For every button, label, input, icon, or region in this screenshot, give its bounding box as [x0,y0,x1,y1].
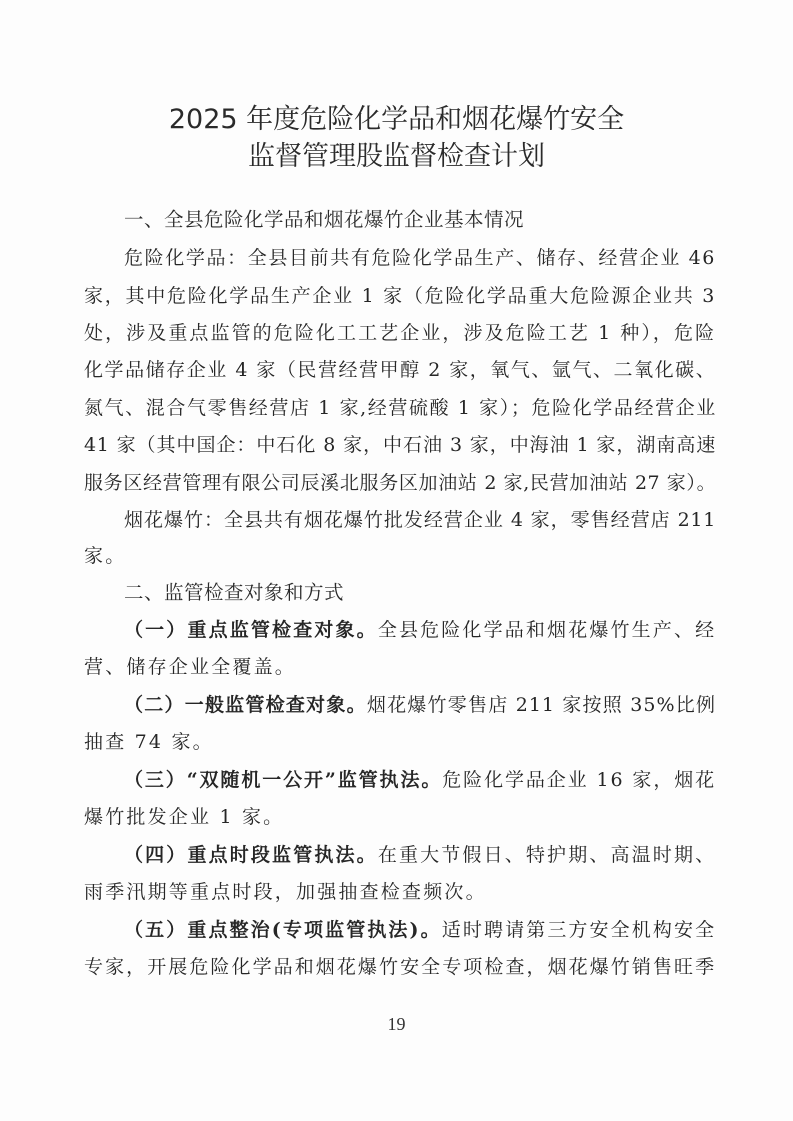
document-title-line-2: 监督管理股监督检查计划 [0,134,793,173]
document-page: 2025 年度危险化学品和烟花爆竹安全 监督管理股监督检查计划 一、全县危险化学… [0,0,793,1121]
item-5-lead: （五）重点整治(专项监管执法)。 [124,919,442,941]
item-3-lead: （三）“双随机一公开”监管执法。 [124,769,442,791]
paragraph-fireworks-line-1: 烟花爆竹：全县共有烟花爆竹批发经营企业 4 家，零售经营店 211 [124,508,716,532]
item-1-line-2: 营、储存企业全覆盖。 [84,655,716,679]
item-3-line-2: 爆竹批发企业 1 家。 [84,805,716,829]
item-5-line-1: （五）重点整治(专项监管执法)。适时聘请第三方安全机构安全 [124,918,716,942]
hazchem-lead: 危险化学品： [124,247,248,269]
item-4-line-1: （四）重点时段监管执法。在重大节假日、特护期、高温时期、 [124,843,716,867]
item-3-line-1: （三）“双随机一公开”监管执法。危险化学品企业 16 家，烟花 [124,768,716,792]
document-title-line-1: 2025 年度危险化学品和烟花爆竹安全 [0,97,793,136]
section-2-heading: 二、监管检查对象和方式 [124,581,716,605]
page-number: 19 [0,1014,793,1035]
item-2-line-1: （二）一般监管检查对象。烟花爆竹零售店 211 家按照 35%比例 [124,693,716,717]
fireworks-lead: 烟花爆竹： [124,509,224,531]
item-4-line-2: 雨季汛期等重点时段，加强抽查检查频次。 [84,880,716,904]
paragraph-hazchem-line-2: 家，其中危险化学品生产企业 1 家（危险化学品重大危险源企业共 3 [84,284,716,308]
item-2-line-2: 抽查 74 家。 [84,730,716,754]
item-5-line-2: 专家，开展危险化学品和烟花爆竹安全专项检查，烟花爆竹销售旺季 [84,955,716,979]
item-1-line-1: （一）重点监管检查对象。全县危险化学品和烟花爆竹生产、经 [124,618,716,642]
section-1-heading: 一、全县危险化学品和烟花爆竹企业基本情况 [124,208,716,232]
item-4-lead: （四）重点时段监管执法。 [124,844,378,866]
item-2-lead: （二）一般监管检查对象。 [124,694,367,716]
paragraph-fireworks-line-2: 家。 [84,544,716,568]
paragraph-hazchem-line-7: 服务区经营管理有限公司辰溪北服务区加油站 2 家,民营加油站 27 家）。 [84,471,716,495]
paragraph-hazchem-line-3: 处，涉及重点监管的危险化工工艺企业，涉及危险工艺 1 种），危险 [84,321,716,345]
paragraph-hazchem-line-5: 氮气、混合气零售经营店 1 家,经营硫酸 1 家）；危险化学品经营企业 [84,396,716,420]
paragraph-hazchem-line-4: 化学品储存企业 4 家（民营经营甲醇 2 家，氧气、氩气、二氧化碳、 [84,358,716,382]
paragraph-hazchem-line-1: 危险化学品：全县目前共有危险化学品生产、储存、经营企业 46 [124,246,716,270]
paragraph-hazchem-line-6: 41 家（其中国企：中石化 8 家，中石油 3 家，中海油 1 家，湖南高速 [84,433,716,457]
item-1-lead: （一）重点监管检查对象。 [124,619,378,641]
